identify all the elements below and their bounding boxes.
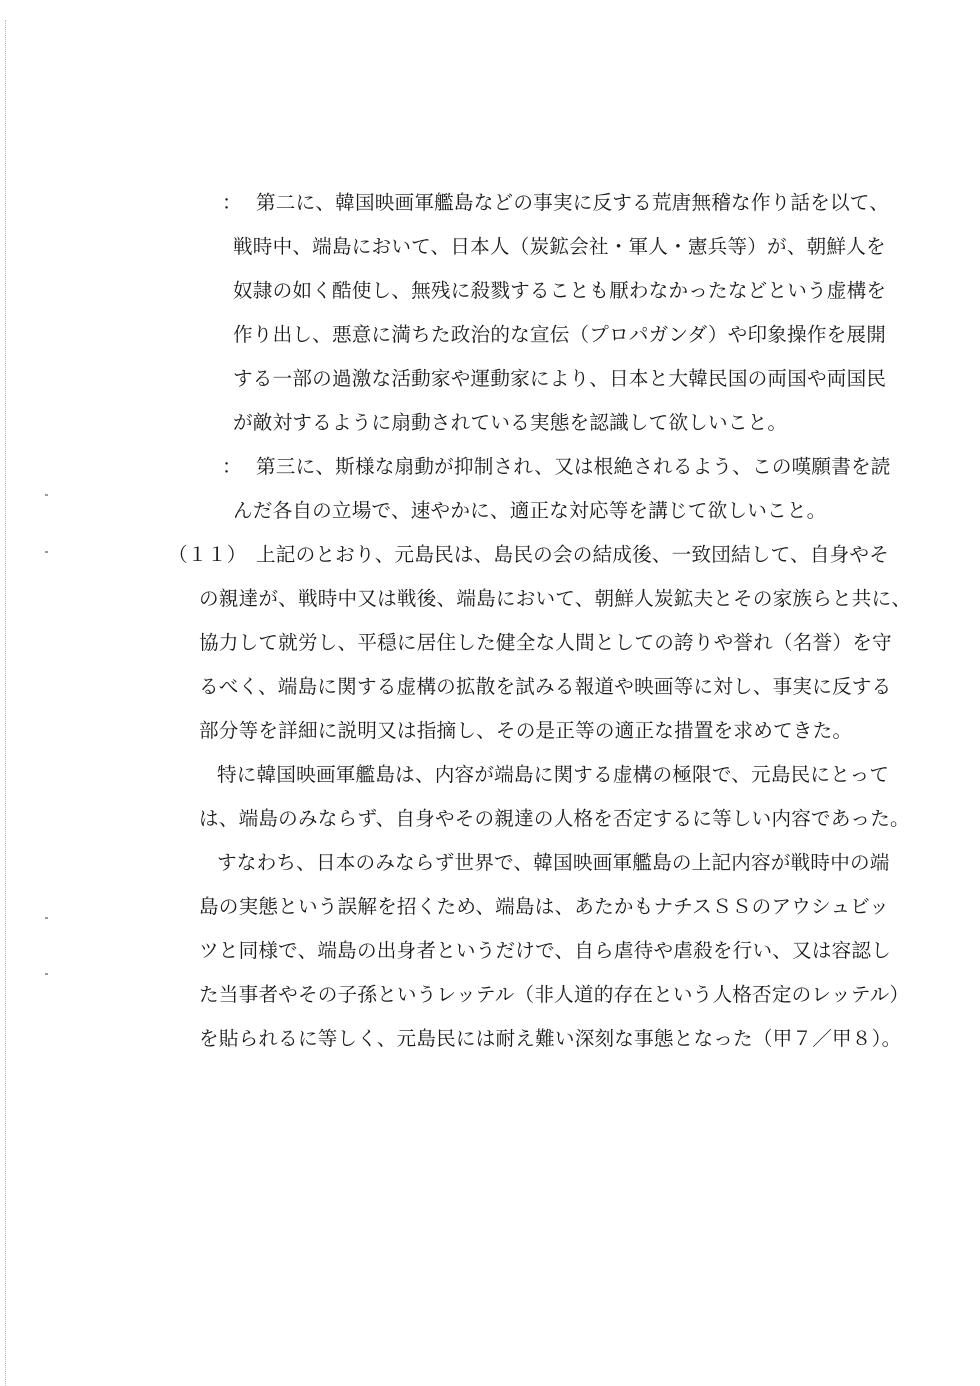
text-line: ツと同様で、端島の出身者というだけで、自ら虐待や虐殺を行い、又は容認し <box>199 937 891 965</box>
text-line: た当事者やその子孫というレッテル（非人道的存在という人格否定のレッテル） <box>199 981 909 1009</box>
item-marker: ： <box>222 189 242 217</box>
scan-speck <box>45 973 48 975</box>
text-line: 第三に、斯様な扇動が抑制され、又は根絶されるよう、この嘆願書を読 <box>256 453 891 481</box>
text-line: 特に韓国映画軍艦島は、内容が端島に関する虚構の極限で、元島民にとって <box>217 761 889 789</box>
text-line: を貼られるに等しく、元島民には耐え難い深刻な事態となった（甲７／甲８）。 <box>199 1025 901 1053</box>
text-line: の親達が、戦時中又は戦後、端島において、朝鮮人炭鉱夫とその家族らと共に、 <box>199 585 911 613</box>
text-line: 協力して就労し、平穏に居住した健全な人間としての誇りや誉れ（名誉）を守 <box>199 629 892 657</box>
scan-speck <box>45 551 48 553</box>
text-line: 奴隷の如く酷使し、無残に殺戮することも厭わなかったなどという虚構を <box>233 277 886 305</box>
text-line: 部分等を詳細に説明又は指摘し、その是正等の適正な措置を求めてきた。 <box>199 717 852 745</box>
text-line: 島の実態という誤解を招くため、端島は、あたかもナチスＳＳのアウシュビッ <box>199 893 889 921</box>
text-line: する一部の過激な活動家や運動家により、日本と大韓民国の両国や両国民 <box>233 365 886 393</box>
text-line: 戦時中、端島において、日本人（炭鉱会社・軍人・憲兵等）が、朝鮮人を <box>233 233 886 261</box>
scan-speck <box>45 917 48 919</box>
scan-speck <box>45 494 48 496</box>
text-line: は、端島のみならず、自身やその親達の人格を否定するに等しい内容であった。 <box>199 805 910 833</box>
text-line: 第二に、韓国映画軍艦島などの事実に反する荒唐無稽な作り話を以て、 <box>256 189 889 217</box>
text-line: るべく、端島に関する虚構の拡散を試みる報道や映画等に対し、事実に反する <box>199 673 891 701</box>
text-line: 上記のとおり、元島民は、島民の会の結成後、一致団結して、自身やそ <box>256 541 889 569</box>
scan-edge-artifact <box>5 20 6 1386</box>
text-line: 作り出し、悪意に満ちた政治的な宣伝（プロパガンダ）や印象操作を展開 <box>233 321 886 349</box>
item-marker: ： <box>222 453 242 481</box>
text-line: すなわち、日本のみならず世界で、韓国映画軍艦島の上記内容が戦時中の端 <box>217 849 890 877</box>
section-number: （１１） <box>168 541 246 569</box>
text-line: が敵対するように扇動されている実態を認識して欲しいこと。 <box>233 409 787 437</box>
text-line: んだ各自の立場で、速やかに、適正な対応等を講じて欲しいこと。 <box>233 497 826 525</box>
